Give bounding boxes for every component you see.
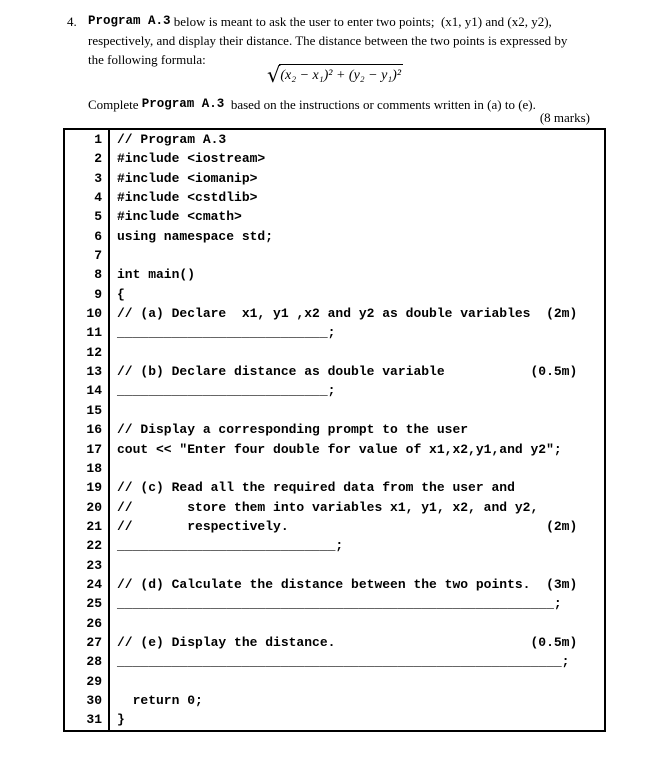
line-number: 24 — [65, 575, 110, 594]
code-line-row: 5#include <cmath> — [65, 207, 604, 226]
code-text — [110, 343, 604, 362]
code-line-row: 20// store them into variables x1, y1, x… — [65, 498, 604, 517]
code-text: } — [110, 710, 604, 729]
line-number: 16 — [65, 420, 110, 439]
code-line-row: 7 — [65, 246, 604, 265]
marks-label: (8 marks) — [540, 110, 590, 126]
code-text — [110, 614, 604, 633]
line-number: 21 — [65, 517, 110, 536]
code-line-row: 22____________________________; — [65, 536, 604, 555]
answer-blank-e: ________________________________________… — [110, 652, 604, 671]
line-number: 13 — [65, 362, 110, 381]
code-text: // store them into variables x1, y1, x2,… — [110, 498, 604, 517]
line-number: 26 — [65, 614, 110, 633]
code-line-row: 6using namespace std; — [65, 227, 604, 246]
code-line-row: 18 — [65, 459, 604, 478]
line-number: 12 — [65, 343, 110, 362]
line-number: 10 — [65, 304, 110, 323]
code-text: return 0; — [110, 691, 604, 710]
radical-sign: √ — [267, 64, 280, 87]
code-line-row: 3#include <iomanip> — [65, 169, 604, 188]
code-line-row: 21// respectively. (2m) — [65, 517, 604, 536]
line-number: 1 — [65, 130, 110, 149]
code-listing: 1// Program A.3 2#include <iostream> 3#i… — [63, 128, 606, 732]
code-text: // (e) Display the distance. (0.5m) — [110, 633, 604, 652]
code-text — [110, 556, 604, 575]
question-text-line1-rest: below is meant to ask the user to enter … — [171, 12, 552, 31]
code-line-row: 31} — [65, 710, 604, 729]
code-line-row: 25______________________________________… — [65, 594, 604, 613]
line-number: 27 — [65, 633, 110, 652]
code-line-row: 29 — [65, 672, 604, 691]
line-number: 3 — [65, 169, 110, 188]
code-text: using namespace std; — [110, 227, 604, 246]
code-text: // Program A.3 — [110, 130, 604, 149]
line-number: 30 — [65, 691, 110, 710]
code-line-row: 15 — [65, 401, 604, 420]
code-text: #include <cstdlib> — [110, 188, 604, 207]
line-number: 4 — [65, 188, 110, 207]
answer-blank-a: ___________________________; — [110, 323, 604, 342]
line-number: 5 — [65, 207, 110, 226]
answer-blank-c: ____________________________; — [110, 536, 604, 555]
code-line-row: 30 return 0; — [65, 691, 604, 710]
code-text — [110, 246, 604, 265]
code-text: // respectively. (2m) — [110, 517, 604, 536]
code-text — [110, 459, 604, 478]
code-line-row: 1// Program A.3 — [65, 130, 604, 149]
line-number: 14 — [65, 381, 110, 400]
line-number: 25 — [65, 594, 110, 613]
code-text: { — [110, 285, 604, 304]
code-text: int main() — [110, 265, 604, 284]
line-number: 17 — [65, 440, 110, 459]
code-line-row: 28______________________________________… — [65, 652, 604, 671]
line-number: 8 — [65, 265, 110, 284]
line-number: 29 — [65, 672, 110, 691]
line-number: 7 — [65, 246, 110, 265]
code-line-row: 11___________________________; — [65, 323, 604, 342]
line-number: 15 — [65, 401, 110, 420]
code-line-row: 19// (c) Read all the required data from… — [65, 478, 604, 497]
line-number: 6 — [65, 227, 110, 246]
question-text-line1: 4. Program A.3 below is meant to ask the… — [67, 12, 607, 31]
line-number: 22 — [65, 536, 110, 555]
code-line-row: 4#include <cstdlib> — [65, 188, 604, 207]
code-line-row: 13// (b) Declare distance as double vari… — [65, 362, 604, 381]
question-text-line2: respectively, and display their distance… — [67, 31, 607, 50]
code-line-row: 12 — [65, 343, 604, 362]
line-number: 11 — [65, 323, 110, 342]
distance-formula: √ (x₂ − x₁)² + (y₂ − y₁)² — [70, 64, 600, 87]
line-number: 23 — [65, 556, 110, 575]
question-intro: 4. Program A.3 below is meant to ask the… — [67, 12, 607, 69]
code-line-row: 24// (d) Calculate the distance between … — [65, 575, 604, 594]
code-text: #include <cmath> — [110, 207, 604, 226]
code-text: // (d) Calculate the distance between th… — [110, 575, 604, 594]
line-number: 20 — [65, 498, 110, 517]
code-line-row: 23 — [65, 556, 604, 575]
code-text: // (c) Read all the required data from t… — [110, 478, 604, 497]
line-number: 28 — [65, 652, 110, 671]
code-text: // Display a corresponding prompt to the… — [110, 420, 604, 439]
line-number: 2 — [65, 149, 110, 168]
code-text: // (b) Declare distance as double variab… — [110, 362, 604, 381]
code-text: #include <iostream> — [110, 149, 604, 168]
line-number: 19 — [65, 478, 110, 497]
code-text — [110, 401, 604, 420]
code-line-row: 16// Display a corresponding prompt to t… — [65, 420, 604, 439]
code-text: // (a) Declare x1, y1 ,x2 and y2 as doub… — [110, 304, 604, 323]
code-text — [110, 672, 604, 691]
formula-radicand: (x₂ − x₁)² + (y₂ − y₁)² — [279, 64, 403, 86]
code-text: cout << "Enter four double for value of … — [110, 440, 604, 459]
code-line-row: 2#include <iostream> — [65, 149, 604, 168]
code-text: #include <iomanip> — [110, 169, 604, 188]
code-line-row: 8int main() — [65, 265, 604, 284]
program-name-inline: Program A.3 — [142, 95, 225, 114]
line-number: 31 — [65, 710, 110, 729]
code-line-row: 27// (e) Display the distance. (0.5m) — [65, 633, 604, 652]
complete-instruction: Complete Program A.3 based on the instru… — [88, 95, 536, 114]
program-name-inline: Program A.3 — [88, 12, 171, 31]
code-line-row: 17cout << "Enter four double for value o… — [65, 440, 604, 459]
code-line-row: 10// (a) Declare x1, y1 ,x2 and y2 as do… — [65, 304, 604, 323]
code-line-row: 9{ — [65, 285, 604, 304]
answer-blank-b: ___________________________; — [110, 381, 604, 400]
answer-blank-d: ________________________________________… — [110, 594, 604, 613]
question-number: 4. — [67, 12, 88, 31]
line-number: 9 — [65, 285, 110, 304]
line-number: 18 — [65, 459, 110, 478]
code-line-row: 14___________________________; — [65, 381, 604, 400]
code-line-row: 26 — [65, 614, 604, 633]
